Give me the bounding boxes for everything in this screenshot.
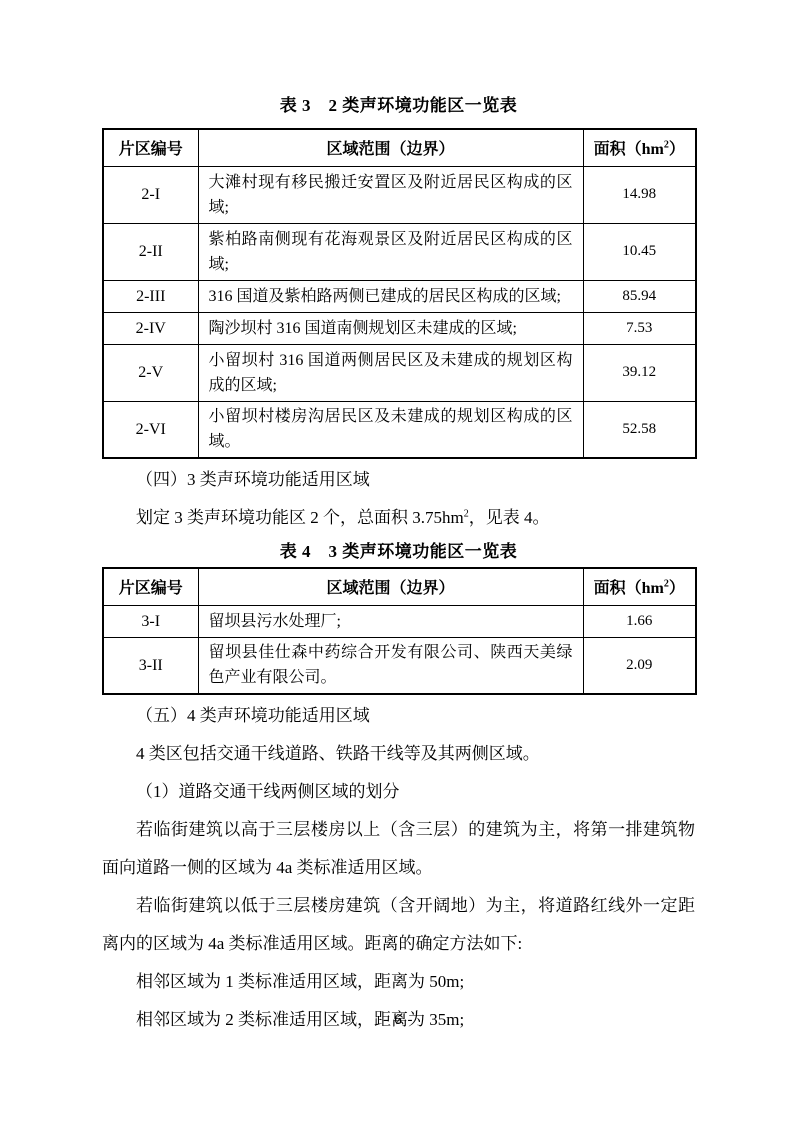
zone-id: 3-II	[103, 637, 198, 694]
section5-paragraph-2: （1）道路交通干线两侧区域的划分	[102, 773, 695, 811]
zone-area: 14.98	[583, 166, 696, 223]
zone-range: 小留坝村楼房沟居民区及未建成的规划区构成的区域。	[198, 401, 583, 458]
table4-title: 表 4 3 类声环境功能区一览表	[102, 537, 695, 567]
section5-paragraph-4: 若临街建筑以低于三层楼房建筑（含开阔地）为主，将道路红线外一定距离内的区域为 4…	[102, 887, 695, 963]
table3-title: 表 3 2 类声环境功能区一览表	[102, 96, 695, 116]
table-row: 2-VI 小留坝村楼房沟居民区及未建成的规划区构成的区域。 52.58	[103, 401, 696, 458]
zone-id: 3-I	[103, 605, 198, 637]
zone-range: 大滩村现有移民搬迁安置区及附近居民区构成的区域;	[198, 166, 583, 223]
zone-range: 316 国道及紫柏路两侧已建成的居民区构成的区域;	[198, 280, 583, 312]
section4-body: 划定 3 类声环境功能区 2 个，总面积 3.75hm2，见表 4。	[102, 499, 695, 537]
zone-area: 39.12	[583, 344, 696, 401]
table-row: 3-II 留坝县佳仕森中药综合开发有限公司、陕西天美绿色产业有限公司。 2.09	[103, 637, 696, 694]
table-row: 2-I 大滩村现有移民搬迁安置区及附近居民区构成的区域; 14.98	[103, 166, 696, 223]
zone-id: 2-II	[103, 223, 198, 280]
table3-col-area: 面积（hm2）	[583, 129, 696, 166]
zone-id: 2-VI	[103, 401, 198, 458]
table4-col-id: 片区编号	[103, 568, 198, 605]
document-page: 表 3 2 类声环境功能区一览表 片区编号 区域范围（边界） 面积（hm2） 2…	[0, 0, 793, 1122]
table4-header-row: 片区编号 区域范围（边界） 面积（hm2）	[103, 568, 696, 605]
zone-area: 52.58	[583, 401, 696, 458]
table-row: 2-V 小留坝村 316 国道两侧居民区及未建成的规划区构成的区域; 39.12	[103, 344, 696, 401]
zone-area: 85.94	[583, 280, 696, 312]
zone-range: 陶沙坝村 316 国道南侧规划区未建成的区域;	[198, 312, 583, 344]
area-header-text: 面积（hm	[594, 141, 664, 158]
zone-area: 7.53	[583, 312, 696, 344]
zone-range: 小留坝村 316 国道两侧居民区及未建成的规划区构成的区域;	[198, 344, 583, 401]
zone-id: 2-V	[103, 344, 198, 401]
section5-paragraph-1: 4 类区包括交通干线道路、铁路干线等及其两侧区域。	[102, 735, 695, 773]
section5-paragraph-3: 若临街建筑以高于三层楼房以上（含三层）的建筑为主，将第一排建筑物面向道路一侧的区…	[102, 811, 695, 887]
zone-area: 1.66	[583, 605, 696, 637]
table-row: 3-I 留坝县污水处理厂; 1.66	[103, 605, 696, 637]
section5-heading: （五）4 类声环境功能适用区域	[102, 697, 695, 735]
table3-header-row: 片区编号 区域范围（边界） 面积（hm2）	[103, 129, 696, 166]
section5-paragraph-5: 相邻区域为 1 类标准适用区域，距离为 50m;	[102, 963, 695, 1001]
zone-range: 留坝县佳仕森中药综合开发有限公司、陕西天美绿色产业有限公司。	[198, 637, 583, 694]
section4-heading: （四）3 类声环境功能适用区域	[102, 461, 695, 499]
table4-col-area: 面积（hm2）	[583, 568, 696, 605]
zone-area: 2.09	[583, 637, 696, 694]
zone-id: 2-IV	[103, 312, 198, 344]
zone-id: 2-III	[103, 280, 198, 312]
section4-body-text: 划定 3 类声环境功能区 2 个，总面积 3.75hm	[136, 508, 464, 527]
zone-id: 2-I	[103, 166, 198, 223]
table-row: 2-II 紫柏路南侧现有花海观景区及附近居民区构成的区域; 10.45	[103, 223, 696, 280]
table4: 片区编号 区域范围（边界） 面积（hm2） 3-I 留坝县污水处理厂; 1.66…	[102, 567, 697, 695]
table3-col-range: 区域范围（边界）	[198, 129, 583, 166]
area-header-text: 面积（hm	[594, 580, 664, 597]
zone-range: 留坝县污水处理厂;	[198, 605, 583, 637]
zone-area: 10.45	[583, 223, 696, 280]
area-header-close: ）	[669, 141, 685, 158]
page-number: - 6 -	[102, 1012, 695, 1029]
table-row: 2-III 316 国道及紫柏路两侧已建成的居民区构成的区域; 85.94	[103, 280, 696, 312]
zone-range: 紫柏路南侧现有花海观景区及附近居民区构成的区域;	[198, 223, 583, 280]
table3: 片区编号 区域范围（边界） 面积（hm2） 2-I 大滩村现有移民搬迁安置区及附…	[102, 128, 697, 459]
table3-col-id: 片区编号	[103, 129, 198, 166]
table-row: 2-IV 陶沙坝村 316 国道南侧规划区未建成的区域; 7.53	[103, 312, 696, 344]
table4-col-range: 区域范围（边界）	[198, 568, 583, 605]
section4-body-tail: ，见表 4。	[469, 508, 550, 527]
area-header-close: ）	[669, 580, 685, 597]
